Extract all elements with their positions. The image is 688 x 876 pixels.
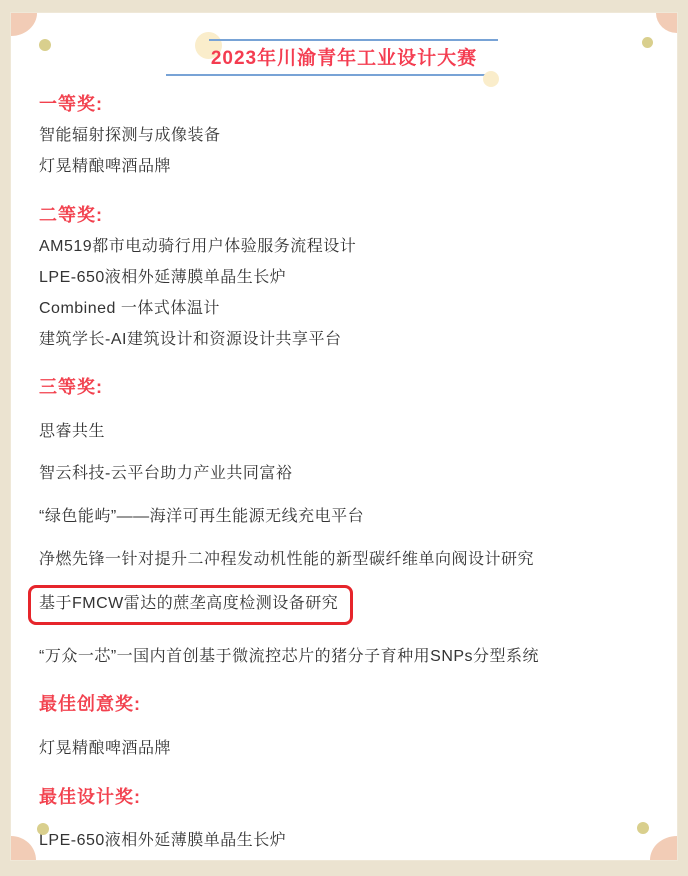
award-item-text: “绿色能屿”——海洋可再生能源无线充电平台 bbox=[39, 508, 364, 525]
award-item-highlighted: 基于FMCW雷达的蔗垄高度检测设备研究 bbox=[39, 585, 649, 625]
quarter-circle-icon bbox=[656, 13, 677, 33]
award-item-text: Combined 一体式体温计 bbox=[39, 300, 220, 317]
award-item: 思睿共生 bbox=[39, 422, 649, 443]
award-item: 灯晃精酿啤酒品牌 bbox=[39, 739, 649, 760]
olive-dot-icon bbox=[39, 39, 51, 51]
award-item-text: 灯晃精酿啤酒品牌 bbox=[39, 740, 171, 757]
award-list: 一等奖: 智能辐射探测与成像装备 灯晃精酿啤酒品牌 二等奖: AM519都市电动… bbox=[11, 92, 677, 852]
award-item-text: AM519都市电动骑行用户体验服务流程设计 bbox=[39, 238, 356, 255]
award-item-text: “万众一芯”一国内首创基于微流控芯片的猪分子育种用SNPs分型系统 bbox=[39, 648, 539, 665]
cream-dot-icon bbox=[483, 71, 499, 87]
title-top-rule bbox=[209, 39, 498, 41]
corner-decoration-top-right bbox=[621, 13, 677, 69]
olive-dot-icon bbox=[642, 37, 653, 48]
award-item: 灯晃精酿啤酒品牌 bbox=[39, 157, 649, 178]
section-heading-best-creativity: 最佳创意奖: bbox=[39, 692, 649, 716]
section-heading-best-design: 最佳设计奖: bbox=[39, 785, 649, 809]
award-item-text: 智能辐射探测与成像装备 bbox=[39, 127, 221, 144]
award-item: 建筑学长-AI建筑设计和资源设计共享平台 bbox=[39, 330, 649, 351]
award-item: 智能辐射探测与成像装备 bbox=[39, 126, 649, 147]
award-item: 净燃先锋一针对提升二冲程发动机性能的新型碳纤维单向阀设计研究 bbox=[39, 550, 649, 571]
section-heading-third-prize: 三等奖: bbox=[39, 375, 649, 399]
award-announcement-card: 2023年川渝青年工业设计大赛 一等奖: 智能辐射探测与成像装备 灯晃精酿啤酒品… bbox=[10, 12, 678, 861]
award-item-text: 思睿共生 bbox=[39, 423, 105, 440]
section-heading-second-prize: 二等奖: bbox=[39, 203, 649, 227]
award-item: LPE-650液相外延薄膜单晶生长炉 bbox=[39, 268, 649, 289]
award-item: “绿色能屿”——海洋可再生能源无线充电平台 bbox=[39, 507, 649, 528]
competition-title: 2023年川渝青年工业设计大赛 bbox=[211, 43, 477, 70]
award-item-text: LPE-650液相外延薄膜单晶生长炉 bbox=[39, 832, 286, 849]
award-item: LPE-650液相外延薄膜单晶生长炉 bbox=[39, 831, 649, 852]
red-highlight-box: 基于FMCW雷达的蔗垄高度检测设备研究 bbox=[28, 585, 353, 625]
award-item: 智云科技-云平台助力产业共同富裕 bbox=[39, 464, 649, 485]
section-heading-first-prize: 一等奖: bbox=[39, 92, 649, 116]
award-item-text: 净燃先锋一针对提升二冲程发动机性能的新型碳纤维单向阀设计研究 bbox=[39, 551, 534, 568]
award-item-text: 智云科技-云平台助力产业共同富裕 bbox=[39, 465, 292, 482]
award-item-text: 建筑学长-AI建筑设计和资源设计共享平台 bbox=[39, 331, 341, 348]
title-banner: 2023年川渝青年工业设计大赛 bbox=[211, 39, 477, 76]
quarter-circle-icon bbox=[11, 13, 37, 36]
award-item: Combined 一体式体温计 bbox=[39, 299, 649, 320]
award-item-text: 灯晃精酿啤酒品牌 bbox=[39, 158, 171, 175]
corner-decoration-top-left bbox=[11, 13, 67, 69]
award-item-text: LPE-650液相外延薄膜单晶生长炉 bbox=[39, 269, 286, 286]
title-bottom-rule bbox=[166, 74, 486, 76]
award-item: AM519都市电动骑行用户体验服务流程设计 bbox=[39, 237, 649, 258]
award-item: “万众一芯”一国内首创基于微流控芯片的猪分子育种用SNPs分型系统 bbox=[39, 647, 649, 668]
